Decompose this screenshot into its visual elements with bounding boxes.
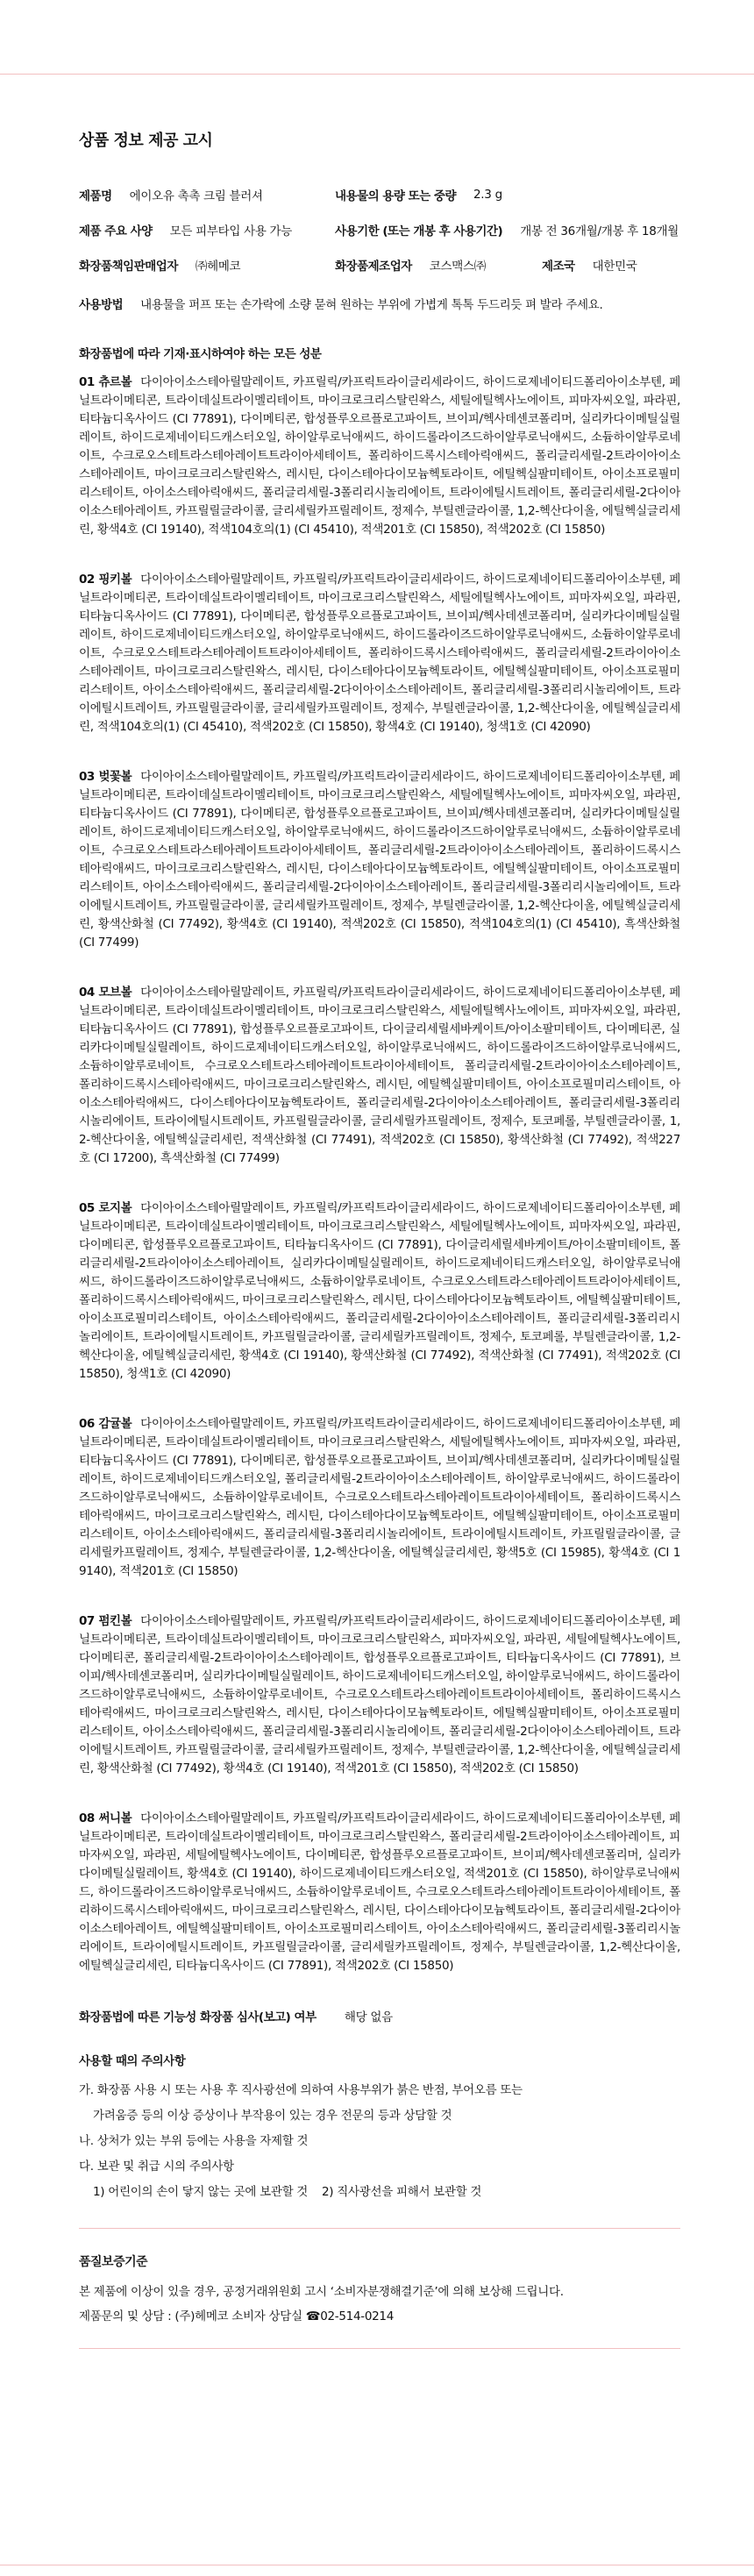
cautions-heading: 사용할 때의 주의사항 [79,2049,680,2074]
ingredient-item-06: 06 감귤볼다이아이소스테아릴말레이트, 카프릴릭/카프릭트라이글리세라이드, … [79,1415,680,1581]
warranty-bottom-divider [79,2348,680,2349]
ingredient-item-04: 04 모브볼다이아이소스테아릴말레이트, 카프릴릭/카프릭트라이글리세라이드, … [79,984,680,1168]
info-row-usage: 사용방법 내용물을 퍼프 또는 손가락에 소량 묻혀 원하는 부위에 가볍게 톡… [79,286,680,321]
ingredient-item-name: 02 핑키볼 [79,573,132,587]
cautions-section: 사용할 때의 주의사항 가. 화장품 사용 시 또는 사용 후 직사광선에 의하… [79,2049,680,2205]
usage-value: 내용물을 퍼프 또는 손가락에 소량 묻혀 원하는 부위에 가볍게 톡톡 두드리… [140,295,602,312]
ingredient-item-name: 01 츄르볼 [79,375,132,389]
manufacturer-label: 화장품제조업자 [335,256,412,274]
ingredient-item-07: 07 펌킨볼다이아이소스테아릴말레이트, 카프릴릭/카프릭트라이글리세라이드, … [79,1612,680,1778]
expiry-label: 사용기한 (또는 개봉 후 사용기간) [335,221,502,238]
functional-review-row: 화장품법에 따른 기능성 화장품 심사(보고) 여부 해당 없음 [79,2007,680,2025]
product-spec-label: 제품 주요 사양 [79,221,153,238]
ingredient-item-name: 07 펌킨볼 [79,1614,132,1628]
info-row-spec-expiry: 제품 주요 사양 모든 피부타입 사용 가능 사용기한 (또는 개봉 후 사용기… [79,212,680,247]
page-top-divider [0,74,754,75]
ingredient-item-01: 01 츄르볼다이아이소스테아릴말레이트, 카프릴릭/카프릭트라이글리세라이드, … [79,374,680,539]
ingredient-item-name: 03 벚꽃볼 [79,770,132,784]
ingredient-item-05: 05 로지볼다이아이소스테아릴말레이트, 카프릴릭/카프릭트라이글리세라이드, … [79,1199,680,1384]
ingredient-item-text: 다이아이소스테아릴말레이트, 카프릴릭/카프릭트라이글리세라이드, 하이드로제네… [79,1811,680,1973]
ingredient-item-name: 04 모브볼 [79,986,132,1000]
ingredient-item-name: 06 감귤볼 [79,1417,132,1431]
warranty-line-2: 제품문의 및 상담 : (주)헤메코 소비자 상담실 ☎02-514-0214 [79,2304,680,2329]
country-value: 대한민국 [593,256,637,274]
ingredient-item-text: 다이아이소스테아릴말레이트, 카프릴릭/카프릭트라이글리세라이드, 하이드로제네… [79,1201,680,1381]
info-row-companies: 화장품책임판매업자 ㈜헤메코 화장품제조업자 코스맥스㈜ 제조국 대한민국 [79,247,680,282]
caution-line-1: 가. 화장품 사용 시 또는 사용 후 직사광선에 의하여 사용부위가 붉은 반… [79,2078,680,2103]
section-divider [79,2228,680,2229]
warranty-heading: 품질보증기준 [79,2250,680,2274]
seller-value: ㈜헤메코 [196,256,240,274]
ingredient-item-08: 08 써니볼다이아이소스테아릴말레이트, 카프릴릭/카프릭트라이글리세라이드, … [79,1810,680,1975]
functional-review-value: 해당 없음 [345,2010,393,2025]
page-bottom-divider [0,2565,754,2565]
caution-line-3: 다. 보관 및 취급 시의 주의사항 [79,2154,680,2180]
product-name-label: 제품명 [79,186,112,203]
ingredient-item-name: 05 로지볼 [79,1201,132,1215]
country-label: 제조국 [542,256,575,274]
warranty-section: 품질보증기준 본 제품에 이상이 있을 경우, 공정거래위원회 고시 ‘소비자분… [79,2250,680,2329]
functional-review-label: 화장품법에 따른 기능성 화장품 심사(보고) 여부 [79,2010,317,2025]
ingredient-item-02: 02 핑키볼다이아이소스테아릴말레이트, 카프릴릭/카프릭트라이글리세라이드, … [79,571,680,737]
ingredients-heading: 화장품법에 따라 기재·표시하여야 하는 모든 성분 [79,344,680,361]
caution-line-1b: 가려움증 등의 이상 증상이나 부작용이 있는 경우 전문의 등과 상담할 것 [79,2103,680,2129]
warranty-line-1: 본 제품에 이상이 있을 경우, 공정거래위원회 고시 ‘소비자분쟁해결기준’에… [79,2280,680,2304]
ingredient-item-03: 03 벚꽃볼다이아이소스테아릴말레이트, 카프릴릭/카프릭트라이글리세라이드, … [79,768,680,952]
content-volume-label: 내용물의 용량 또는 중량 [335,186,456,203]
seller-label: 화장품책임판매업자 [79,256,178,274]
ingredient-item-text: 다이아이소스테아릴말레이트, 카프릴릭/카프릭트라이글리세라이드, 하이드로제네… [79,770,680,950]
ingredient-item-text: 다이아이소스테아릴말레이트, 카프릴릭/카프릭트라이글리세라이드, 하이드로제네… [79,986,680,1165]
ingredient-item-name: 08 써니볼 [79,1811,132,1825]
ingredient-item-text: 다이아이소스테아릴말레이트, 카프릴릭/카프릭트라이글리세라이드, 하이드로제네… [79,1614,680,1775]
content-volume-value: 2.3 g [473,188,502,202]
ingredient-item-text: 다이아이소스테아릴말레이트, 카프릴릭/카프릭트라이글리세라이드, 하이드로제네… [79,375,680,537]
caution-line-2: 나. 상처가 있는 부위 등에는 사용을 자제할 것 [79,2129,680,2154]
product-spec-value: 모든 피부타입 사용 가능 [170,221,292,238]
product-name-value: 에이오유 촉촉 크림 블러셔 [130,186,263,203]
page-title: 상품 정보 제공 고시 [79,128,680,151]
ingredient-item-text: 다이아이소스테아릴말레이트, 카프릴릭/카프릭트라이글리세라이드, 하이드로제네… [79,573,680,734]
manufacturer-value: 코스맥스㈜ [430,256,486,274]
usage-label: 사용방법 [79,295,123,312]
info-row-product-name: 제품명 에이오유 촉촉 크림 블러셔 내용물의 용량 또는 중량 2.3 g [79,177,680,212]
caution-line-3b: 1) 어린이의 손이 닿지 않는 곳에 보관할 것 2) 직사광선을 피해서 보… [79,2180,680,2205]
ingredient-item-text: 다이아이소스테아릴말레이트, 카프릴릭/카프릭트라이글리세라이드, 하이드로제네… [79,1417,680,1578]
expiry-value: 개봉 전 36개월/개봉 후 18개월 [520,221,679,238]
product-info-notice: 상품 정보 제공 고시 제품명 에이오유 촉촉 크림 블러셔 내용물의 용량 또… [79,128,680,2349]
